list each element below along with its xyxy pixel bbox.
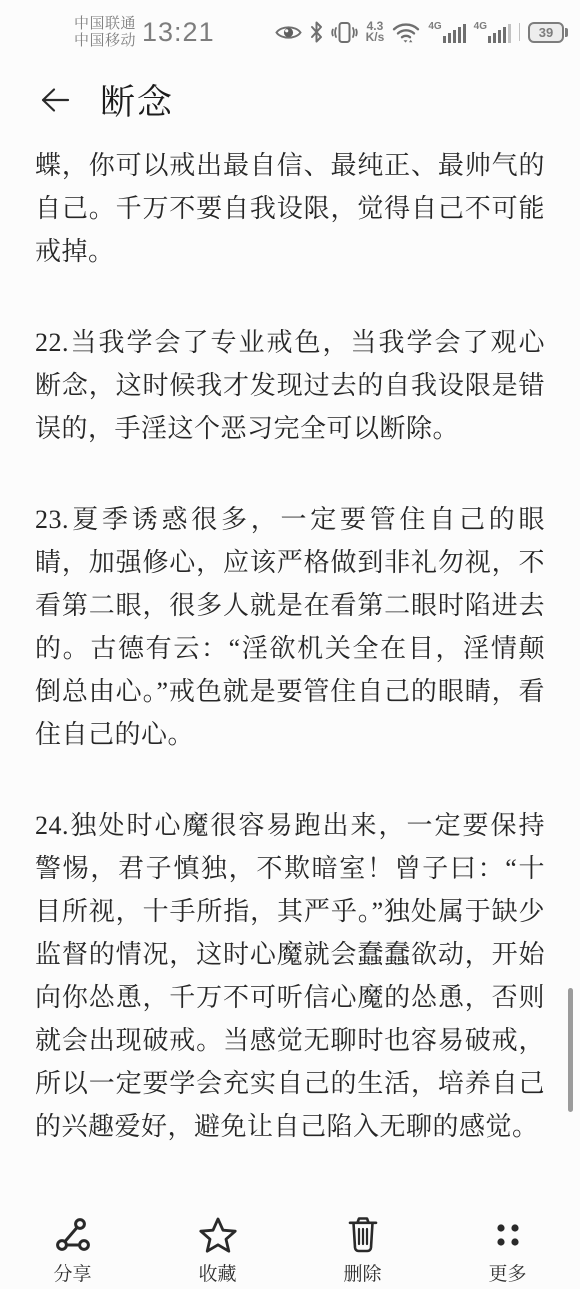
network-speed-unit: K/s (366, 32, 385, 43)
note-header: 断念 (0, 52, 580, 124)
status-bar-left: 中国联通 中国移动 13:21 (74, 15, 215, 49)
paragraph: 23.夏季诱惑很多，一定要管住自己的眼睛，加强修心，应该严格做到非礼勿视，不看第… (35, 498, 545, 756)
network-type-sim1: 4G (428, 22, 441, 32)
wifi-icon (392, 22, 420, 43)
carrier-line2: 中国移动 (74, 32, 136, 49)
status-divider (519, 23, 520, 41)
signal-bars-sim1: 4G (428, 22, 465, 43)
status-bar: 中国联通 中国移动 13:21 (0, 0, 580, 52)
more-icon (488, 1214, 528, 1256)
signal-bars-sim2: 4G (474, 22, 511, 43)
carrier-line1: 中国联通 (74, 15, 136, 32)
star-icon (197, 1214, 239, 1256)
share-label: 分享 (53, 1259, 91, 1286)
note-content[interactable]: 蝶，你可以戒出最自信、最纯正、最帅气的自己。千万不要自我设限，觉得自己不可能戒掉… (35, 144, 545, 1148)
more-label: 更多 (488, 1259, 526, 1286)
battery-icon: 39 (528, 22, 568, 43)
paragraph: 24.独处时心魔很容易跑出来，一定要保持警惕，君子慎独，不欺暗室！曾子曰：“十目… (35, 804, 545, 1148)
favorite-button[interactable]: 收藏 (145, 1205, 290, 1286)
battery-percent: 39 (528, 22, 564, 43)
carrier-labels: 中国联通 中国移动 (74, 15, 136, 49)
favorite-label: 收藏 (198, 1259, 236, 1286)
battery-nub (565, 28, 568, 37)
bluetooth-icon (310, 21, 323, 43)
vibrate-icon (331, 21, 358, 44)
phone-screen: 中国联通 中国移动 13:21 (0, 0, 580, 1289)
scrollbar-thumb[interactable] (568, 988, 573, 1112)
share-icon (53, 1214, 93, 1256)
trash-icon (343, 1214, 383, 1256)
network-type-sim2: 4G (474, 22, 487, 32)
status-bar-right: 4.3 K/s 4G (275, 21, 568, 44)
share-button[interactable]: 分享 (0, 1205, 145, 1286)
page-title: 断念 (100, 75, 174, 125)
bottom-toolbar: 分享 收藏 删除 (0, 1205, 580, 1289)
paragraph: 22.当我学会了专业戒色，当我学会了观心断念，这时候我才发现过去的自我设限是错误… (35, 321, 545, 450)
back-button[interactable] (40, 86, 70, 114)
more-button[interactable]: 更多 (435, 1205, 580, 1286)
paragraph: 蝶，你可以戒出最自信、最纯正、最帅气的自己。千万不要自我设限，觉得自己不可能戒掉… (35, 144, 545, 273)
status-time: 13:21 (142, 17, 215, 48)
network-speed: 4.3 K/s (366, 21, 385, 43)
delete-label: 删除 (343, 1259, 381, 1286)
delete-button[interactable]: 删除 (290, 1205, 435, 1286)
eye-comfort-icon (275, 23, 302, 42)
